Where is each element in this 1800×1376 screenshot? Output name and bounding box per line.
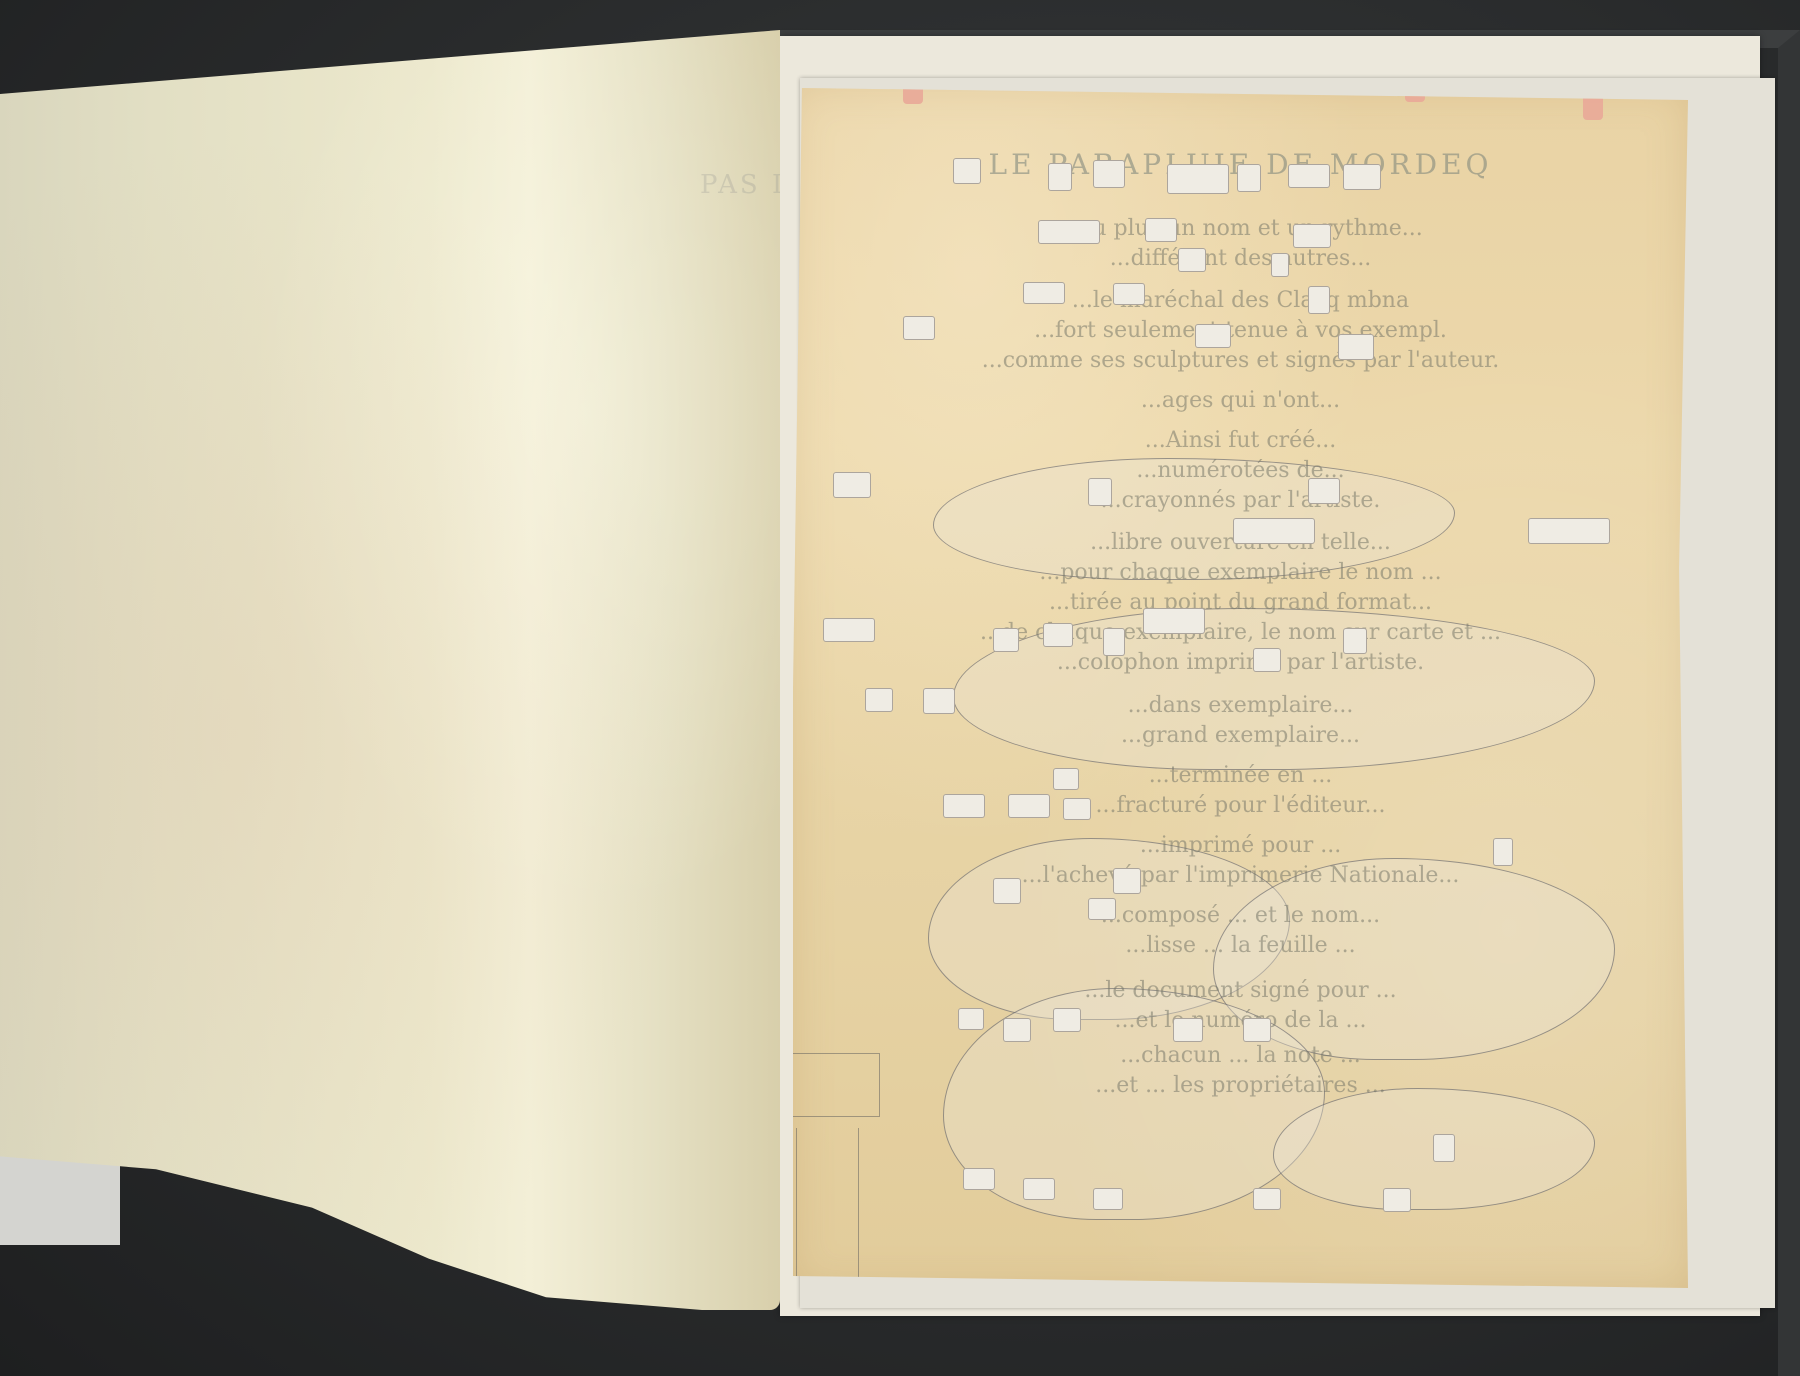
correction-patch — [865, 688, 893, 712]
correction-patch — [993, 878, 1021, 904]
text-line: ...fracturé pour l'éditeur... — [1096, 793, 1386, 818]
text-line: ...ages qui n'ont... — [1141, 388, 1340, 413]
pencil-sketch-box — [788, 1053, 880, 1117]
correction-patch — [1253, 648, 1281, 672]
correction-patch — [1178, 248, 1206, 272]
correction-patch — [823, 618, 875, 642]
correction-patch — [1343, 628, 1367, 654]
correction-patch — [963, 1168, 995, 1190]
correction-patch — [1113, 283, 1145, 305]
correction-patch — [1043, 623, 1073, 647]
correction-patch — [958, 1008, 984, 1030]
correction-patch — [1145, 218, 1177, 242]
text-line: ...et le numéro de la ... — [1114, 1008, 1366, 1033]
text-line: ...chacun ... la note ... — [1120, 1043, 1361, 1068]
text-line: ...imprimé pour ... — [1140, 833, 1341, 858]
correction-patch — [1253, 1188, 1281, 1210]
correction-patch — [1038, 220, 1100, 244]
left-interleaf-page: PAS DE LA TIRE — [0, 30, 780, 1310]
correction-patch — [903, 316, 935, 340]
correction-patch — [1338, 334, 1374, 360]
text-line: ...et ... les propriétaires ... — [1095, 1073, 1385, 1098]
correction-patch — [1063, 798, 1091, 820]
correction-patch — [1243, 1018, 1271, 1042]
correction-patch — [923, 688, 955, 714]
correction-patch — [943, 794, 985, 818]
correction-patch — [1233, 518, 1315, 544]
correction-patch — [1088, 898, 1116, 920]
correction-patch — [1143, 608, 1205, 634]
correction-patch — [1093, 160, 1125, 188]
correction-patch — [1023, 1178, 1055, 1200]
text-line: ...grand exemplaire... — [1121, 723, 1360, 748]
correction-patch — [1343, 164, 1381, 190]
correction-patch — [1167, 164, 1229, 194]
correction-patch — [1195, 324, 1231, 348]
correction-patch — [1308, 478, 1340, 504]
correction-patch — [1003, 1018, 1031, 1042]
correction-patch — [1053, 768, 1079, 790]
text-line: ...tirée au point du grand format... — [1049, 590, 1432, 615]
text-line: ...lisse ... la feuille ... — [1125, 933, 1355, 958]
correction-patch — [1288, 164, 1330, 188]
text-line: ...comme ses sculptures et signés par l'… — [982, 348, 1500, 373]
correction-patch — [1053, 1008, 1081, 1032]
text-line: ...le document signé pour ... — [1084, 978, 1396, 1003]
text-line: ...Ainsi fut créé... — [1145, 428, 1336, 453]
correction-patch — [1293, 224, 1331, 248]
correction-patch — [1383, 1188, 1411, 1212]
correction-patch — [1271, 253, 1289, 277]
correction-patch — [1008, 794, 1050, 818]
correction-patch — [1173, 1018, 1203, 1042]
correction-patch — [833, 472, 871, 498]
text-line: ...différent des autres... — [1110, 246, 1372, 271]
correction-patch — [1528, 518, 1610, 544]
correction-patch — [1103, 628, 1125, 656]
text-line: ...terminée en ... — [1149, 763, 1333, 788]
text-line: ...pour chaque exemplaire le nom ... — [1039, 560, 1441, 585]
correction-patch — [1113, 868, 1141, 894]
correction-patch — [1023, 282, 1065, 304]
text-line: ...au plus un nom et un rythme... — [1058, 216, 1422, 241]
correction-patch — [1093, 1188, 1123, 1210]
correction-patch — [1308, 286, 1330, 314]
pencil-sketch-line — [858, 1128, 859, 1288]
tracing-paper-overlay: LE PARAPLUIE DE MORDEQ ...au plus un nom… — [793, 88, 1688, 1288]
correction-patch — [1433, 1134, 1455, 1162]
text-line: ...composé ... et le nom... — [1101, 903, 1380, 928]
text-line: ...l'achevé par l'imprimerie Nationale..… — [1022, 863, 1460, 888]
photo-scene: PAS DE LA TIRE LE PARAPLUIE DE MORDEQ ..… — [0, 0, 1800, 1376]
correction-patch — [1493, 838, 1513, 866]
text-line: ...fort seulement tenue à vos exempl. — [1034, 318, 1447, 343]
correction-patch — [953, 158, 981, 184]
correction-patch — [1048, 163, 1072, 191]
correction-patch — [1237, 164, 1261, 192]
correction-patch — [993, 628, 1019, 652]
text-line: ...dans exemplaire... — [1128, 693, 1354, 718]
correction-patch — [1088, 478, 1112, 506]
